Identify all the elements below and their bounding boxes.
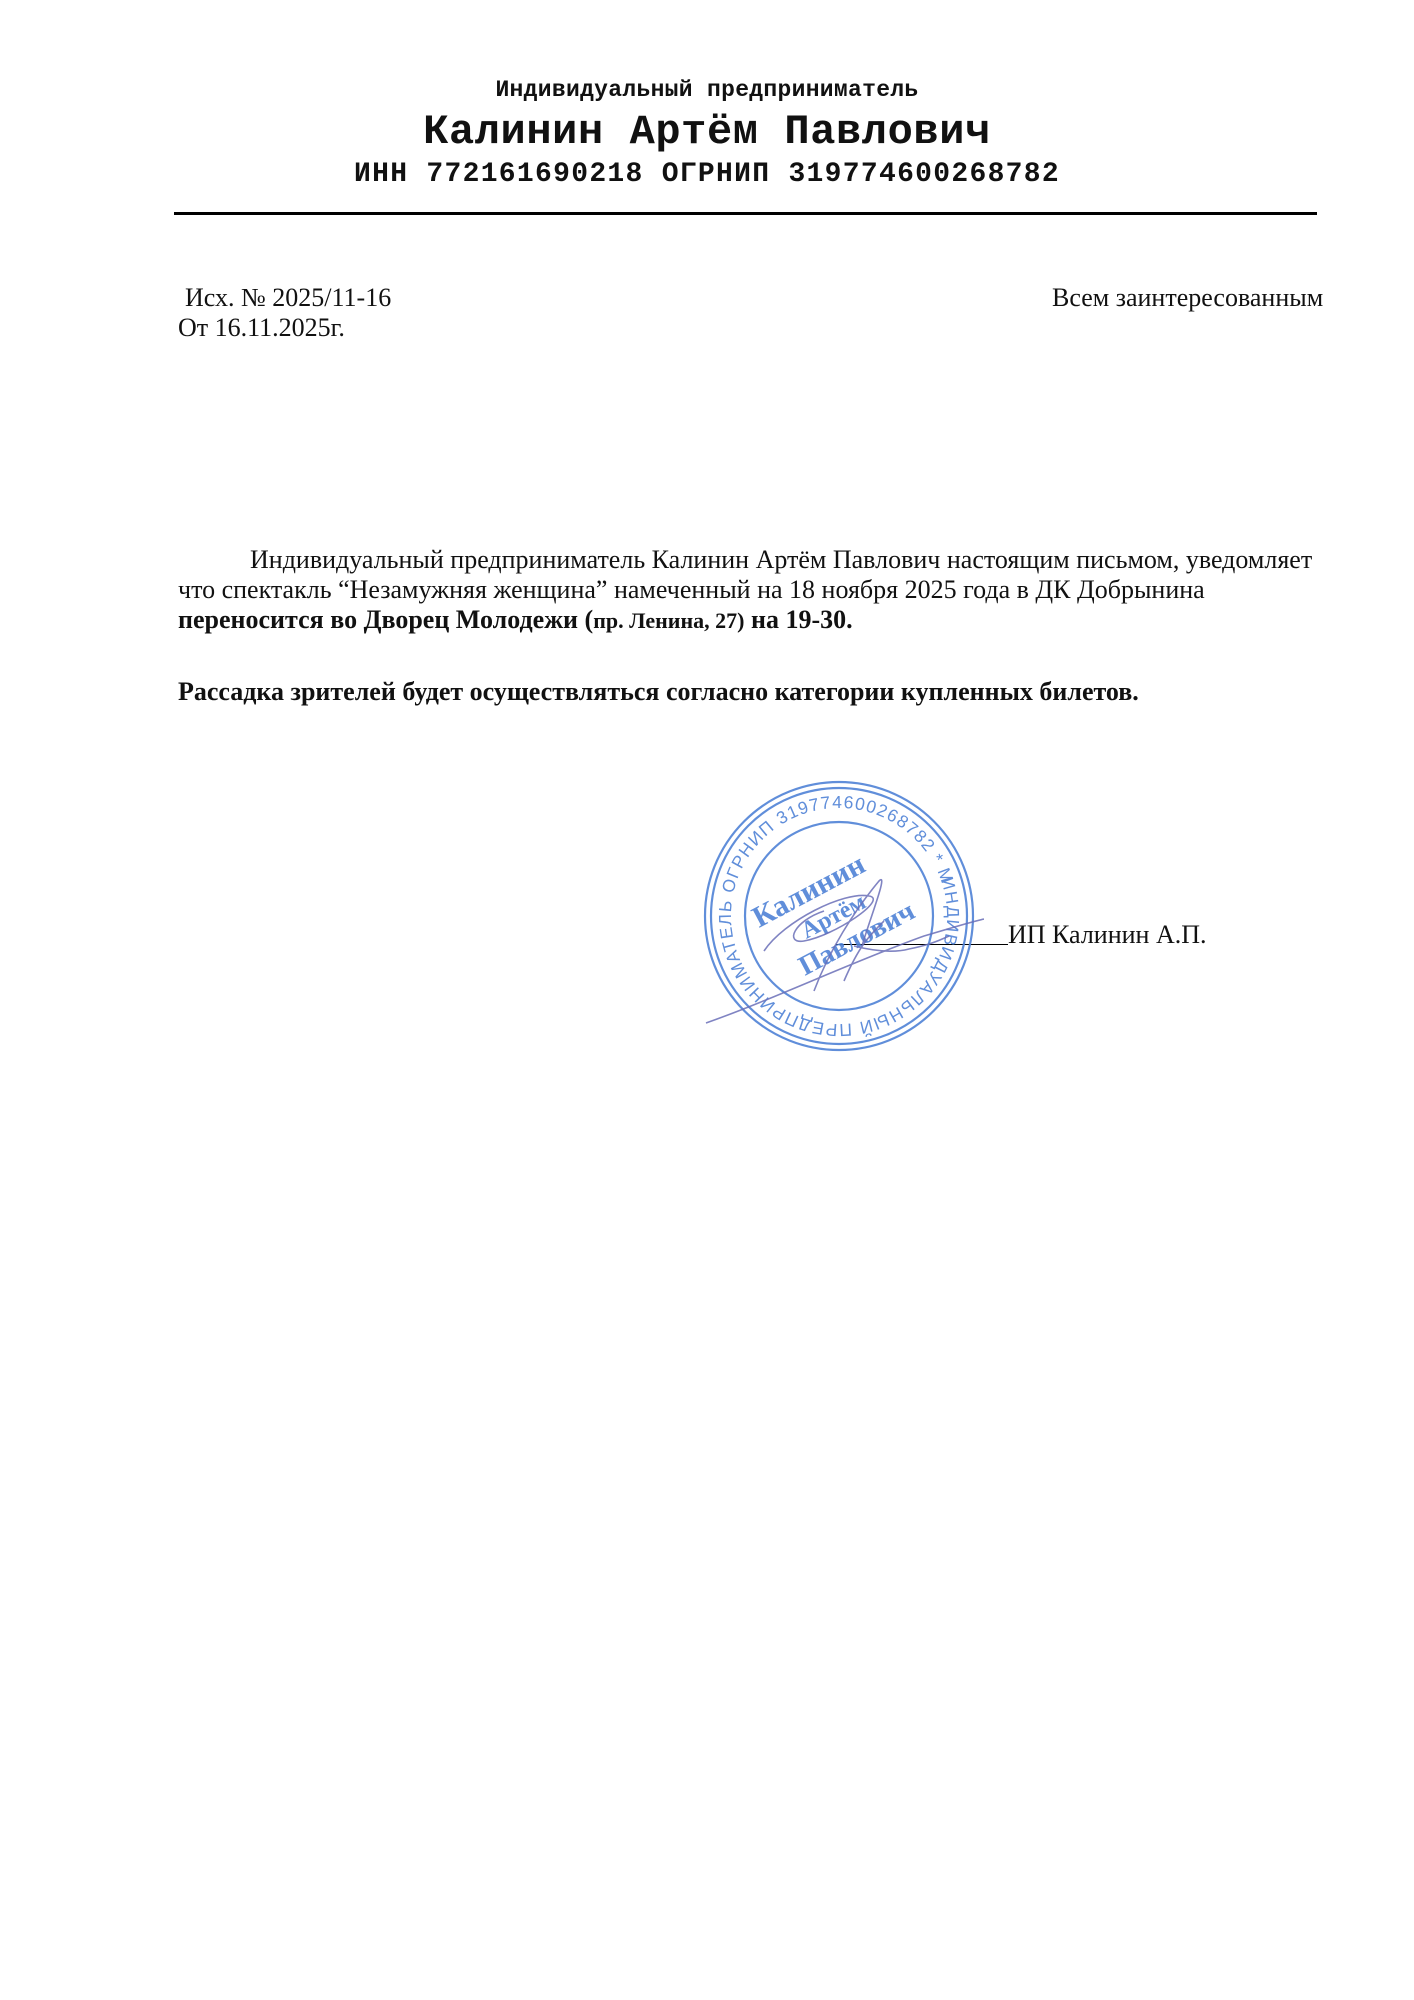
body-paragraph-notice: Индивидуальный предприниматель Калинин А… — [178, 545, 1318, 636]
letter-date: От 16.11.2025г. — [178, 313, 345, 343]
seal-stamp-icon: ИНДИВИДУАЛЬНЫЙ ПРЕДПРИНИМАТЕЛЬ ОГРНИП 31… — [694, 771, 984, 1061]
letterhead-registration: ИНН 772161690218 ОГРНИП 319774600268782 — [0, 159, 1414, 190]
body-paragraph-seating: Рассадка зрителей будет осуществляться с… — [178, 677, 1139, 707]
notice-text: Индивидуальный предприниматель Калинин А… — [178, 545, 1312, 604]
outgoing-number: Исх. № 2025/11-16 — [185, 283, 391, 313]
letterhead-name: Калинин Артём Павлович — [0, 108, 1414, 156]
notice-new-venue: переносится во Дворец Молодежи (пр. Лени… — [178, 605, 853, 634]
venue-address: пр. Ленина, 27) — [593, 608, 744, 633]
signer-name: ИП Калинин А.П. — [1008, 920, 1207, 950]
addressee: Всем заинтересованным — [1052, 283, 1323, 313]
letterhead-title: Индивидуальный предприниматель — [0, 77, 1414, 103]
letterhead-divider — [174, 212, 1317, 215]
new-time: на 19-30. — [744, 605, 852, 634]
